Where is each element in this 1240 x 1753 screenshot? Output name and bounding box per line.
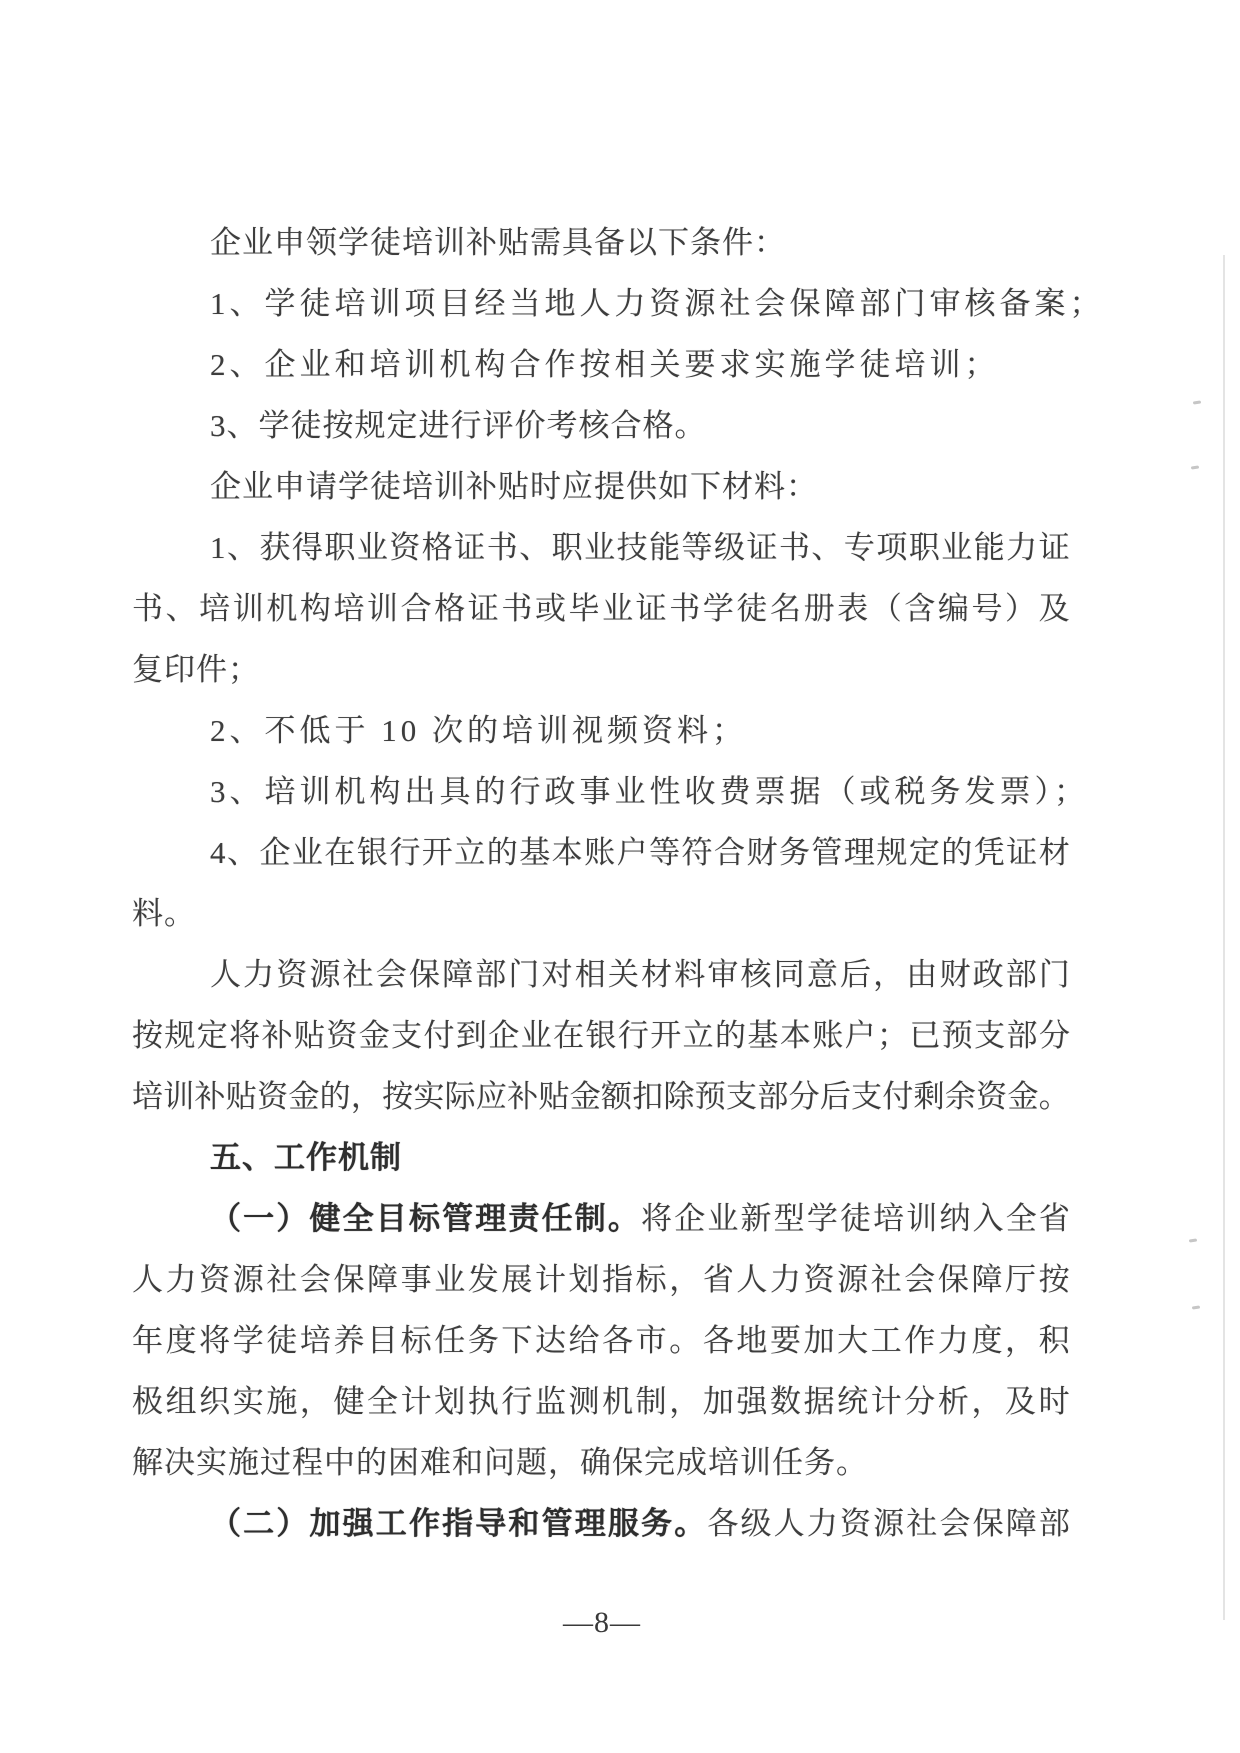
text-line: 3、学徒按规定进行评价考核合格。 — [132, 395, 1070, 456]
text-line: 培训补贴资金的，按实际应补贴金额扣除预支部分后支付剩余资金。 — [132, 1066, 1070, 1127]
page-number: —8— — [0, 1598, 1204, 1648]
text-line: 1、获得职业资格证书、职业技能等级证书、专项职业能力证 — [132, 517, 1070, 578]
text-line: 复印件； — [132, 639, 1070, 700]
text-line: 3、培训机构出具的行政事业性收费票据（或税务发票）； — [132, 761, 1070, 822]
text-line: 2、企业和培训机构合作按相关要求实施学徒培训； — [132, 334, 1070, 395]
text-line: （一）健全目标管理责任制。将企业新型学徒培训纳入全省 — [132, 1188, 1070, 1249]
text-line: 人力资源社会保障事业发展计划指标，省人力资源社会保障厅按 — [132, 1249, 1070, 1310]
scan-artifact-speck — [1189, 1238, 1197, 1242]
text-line: 解决实施过程中的困难和问题，确保完成培训任务。 — [132, 1432, 1070, 1493]
text-line: 2、不低于 10 次的培训视频资料； — [132, 700, 1070, 761]
scan-artifact-speck — [1191, 465, 1199, 469]
text-line: 书、培训机构培训合格证书或毕业证书学徒名册表（含编号）及 — [132, 578, 1070, 639]
scan-artifact-speck — [1193, 400, 1201, 404]
document-body: 企业申领学徒培训补贴需具备以下条件：1、学徒培训项目经当地人力资源社会保障部门审… — [132, 212, 1070, 1554]
text-line: 企业申请学徒培训补贴时应提供如下材料： — [132, 456, 1070, 517]
text-line: （二）加强工作指导和管理服务。各级人力资源社会保障部 — [132, 1493, 1070, 1554]
text-line: 年度将学徒培养目标任务下达给各市。各地要加大工作力度，积 — [132, 1310, 1070, 1371]
text-line: 按规定将补贴资金支付到企业在银行开立的基本账户；已预支部分 — [132, 1005, 1070, 1066]
text-line: 企业申领学徒培训补贴需具备以下条件： — [132, 212, 1070, 273]
text-line: 料。 — [132, 883, 1070, 944]
text-line: 人力资源社会保障部门对相关材料审核同意后，由财政部门 — [132, 944, 1070, 1005]
scan-artifact-vertical-line — [1223, 255, 1225, 1620]
text-line: 极组织实施，健全计划执行监测机制，加强数据统计分析，及时 — [132, 1371, 1070, 1432]
text-line: 五、工作机制 — [132, 1127, 1070, 1188]
scan-artifact-speck — [1192, 1305, 1200, 1309]
text-line: 1、学徒培训项目经当地人力资源社会保障部门审核备案； — [132, 273, 1070, 334]
document-page: 企业申领学徒培训补贴需具备以下条件：1、学徒培训项目经当地人力资源社会保障部门审… — [0, 0, 1240, 1753]
text-line: 4、企业在银行开立的基本账户等符合财务管理规定的凭证材 — [132, 822, 1070, 883]
